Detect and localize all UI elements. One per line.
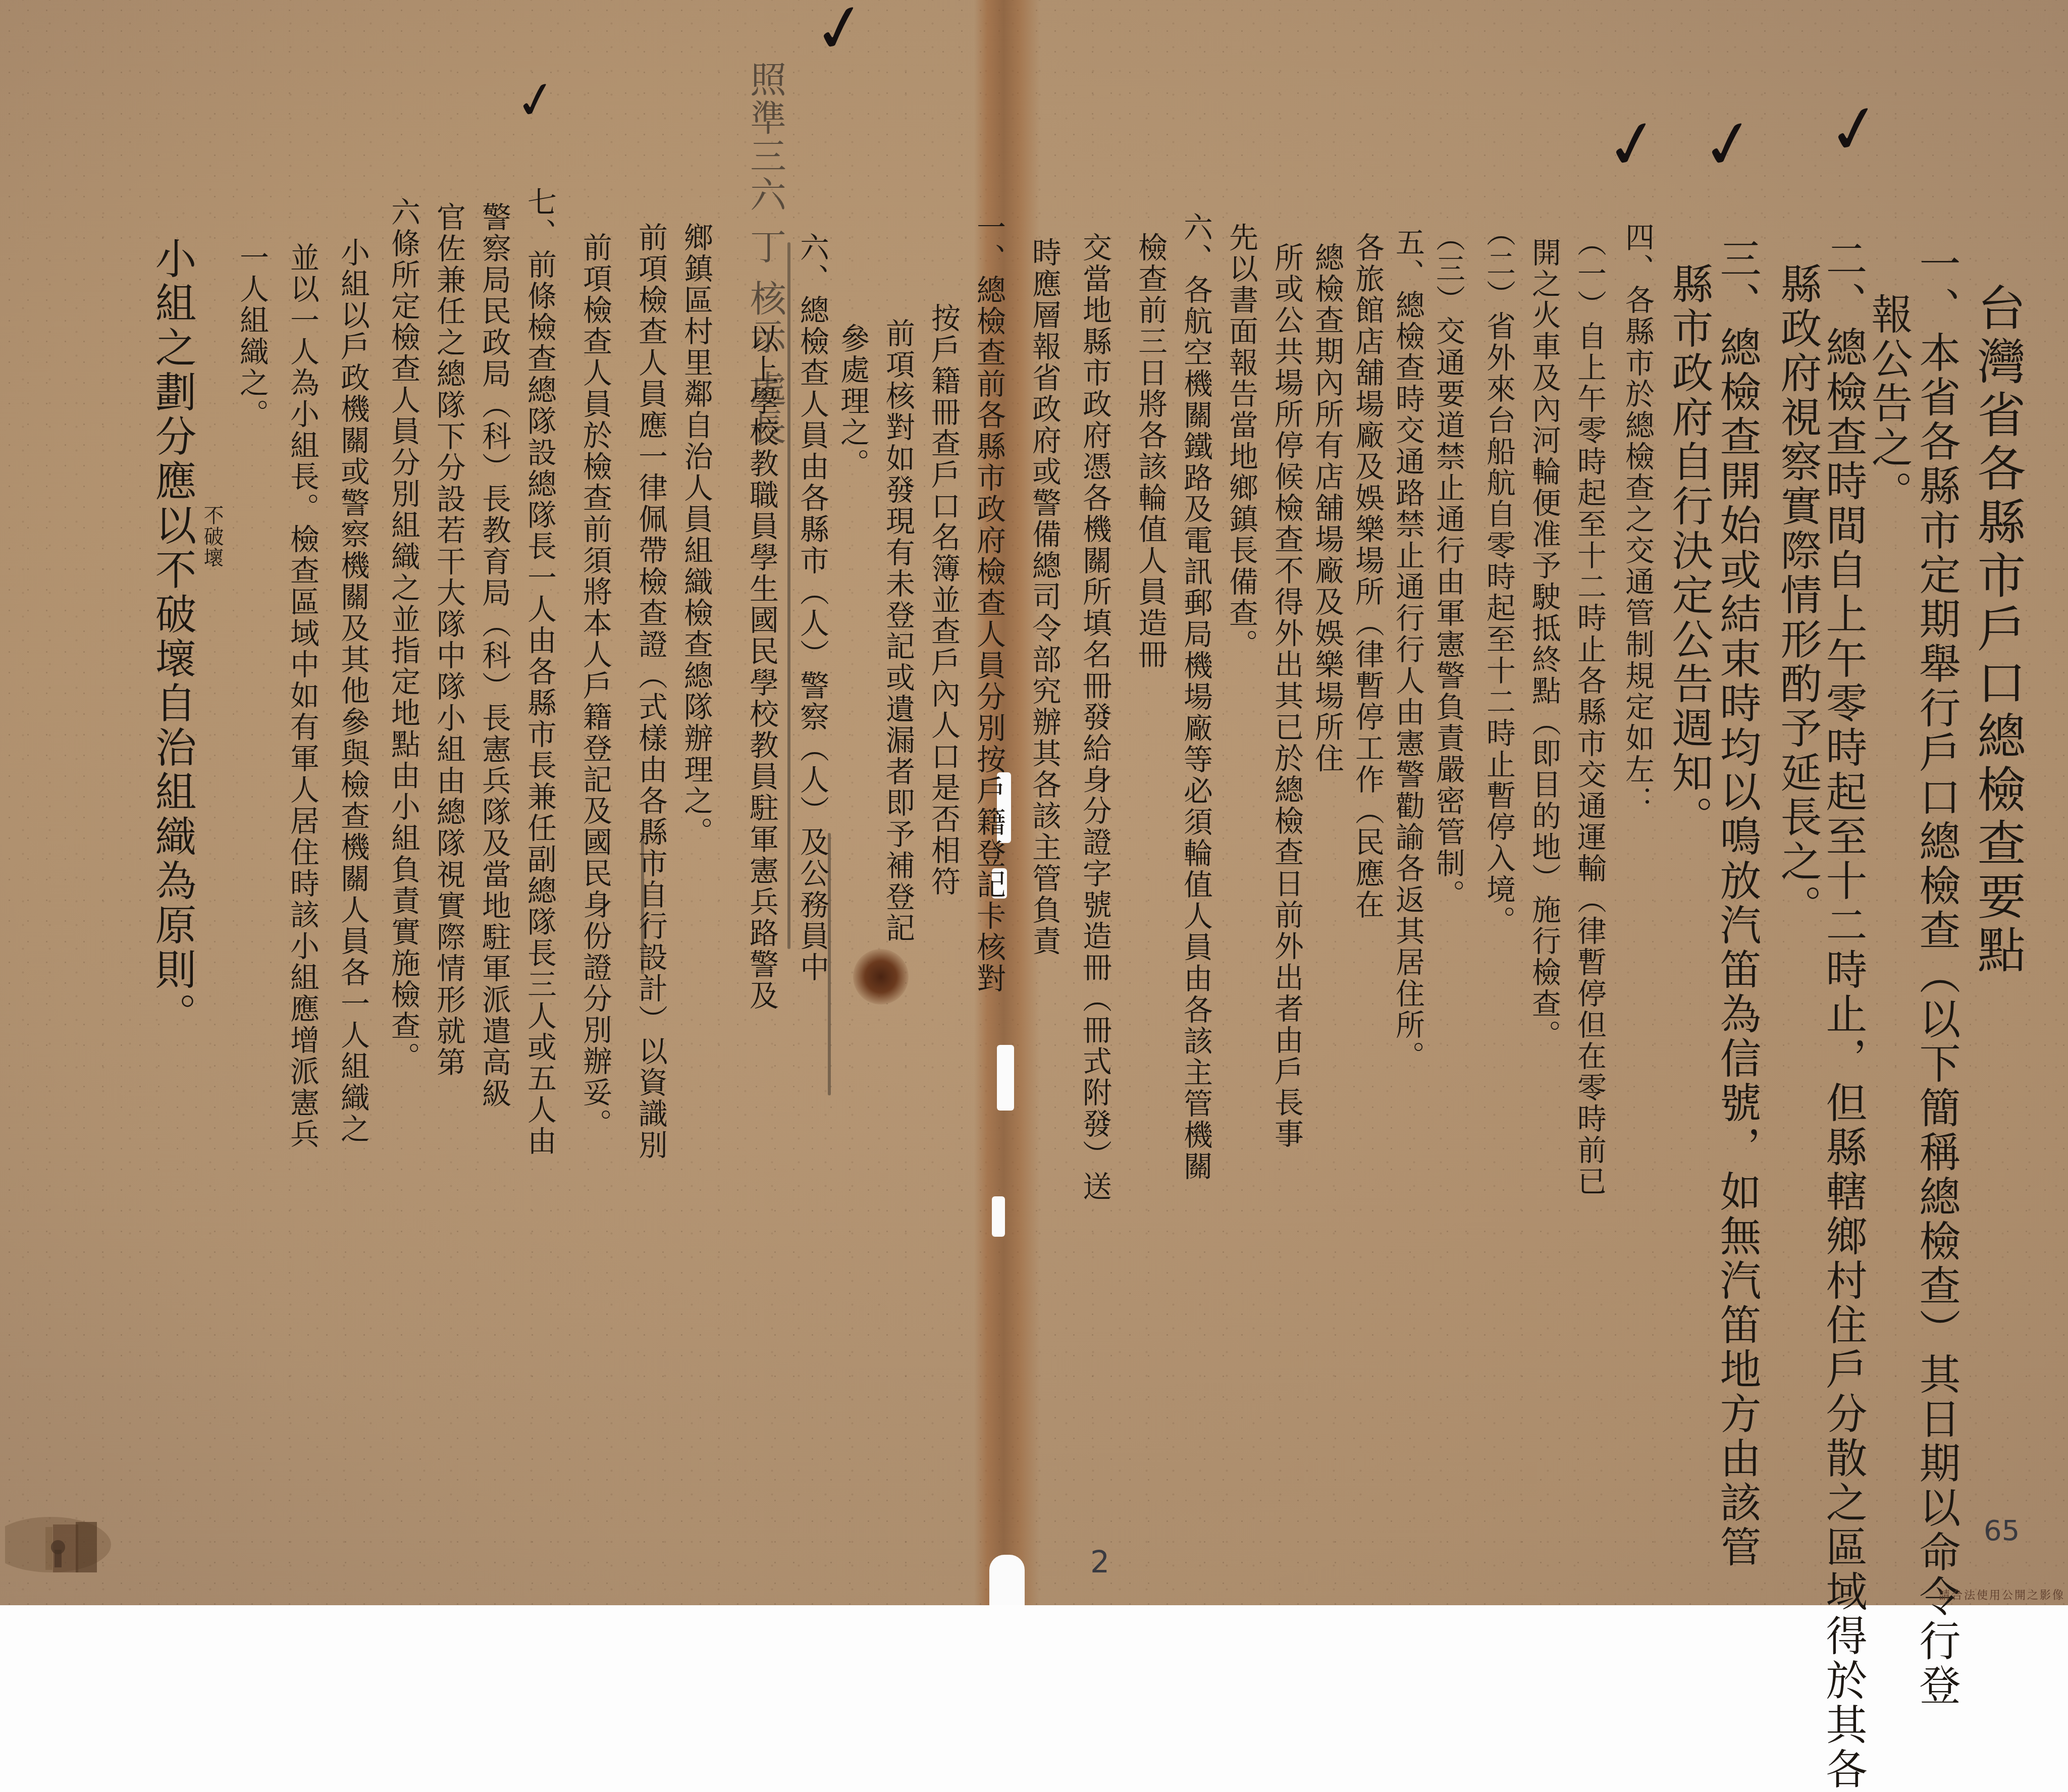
- text-column: 六、各航空機關鐵路及電訊郵局機場廠等必須輪值人員由各該主管機關: [1181, 212, 1210, 1182]
- document-title: 台灣省各縣市戶口總檢查要點: [1974, 283, 2022, 978]
- text-column: 前項檢查人員於檢查前須將本人戶籍登記及國民身份證分別辦妥。: [580, 232, 610, 1140]
- text-column: 六、總檢查人員由各縣市（人）警察（人）及公務員中: [798, 232, 827, 983]
- text-column: 前項核對如發現有未登記或遺漏者即予補登記: [883, 318, 913, 944]
- text-column: 前項檢查人員應一律佩帶檢查證（式樣由各縣市自行設計）以資識別: [636, 222, 665, 1161]
- scanned-document: ✓ ✓ ✓ ✓ ✓ 照準三六 丁 核示 處長 台灣省各縣市戶口總檢查要點 一、本…: [0, 0, 2068, 1605]
- text-column: 縣政府視察實際情形酌予延長之。: [1777, 262, 1818, 929]
- text-column: 三、總檢查開始或結束時均以鳴放汽笛為信號，如無汽笛地方由該管: [1716, 237, 1758, 1570]
- text-column: 官佐兼任之總隊下分設若干大隊中隊小組由總隊視實際情形就第: [434, 202, 463, 1078]
- text-column: 警察局民政局（科）長教育局（科）長憲兵隊及當地駐軍派遣高級: [480, 202, 509, 1110]
- text-column: 鄉鎮區村里鄰自治人員組織檢查總隊辦理之。: [681, 222, 711, 848]
- text-column: 參處理之。: [838, 323, 867, 480]
- text-column: 時應層報省政府或警備總司令部究辦其各該主管負責: [1030, 237, 1059, 957]
- check-mark-icon: ✓: [807, 0, 874, 71]
- text-column: 五、總檢查時交通路禁止通行行人由憲警勸諭各返其居住所。: [1393, 227, 1422, 1072]
- tear-bottom: [989, 1555, 1025, 1605]
- text-column: 二、總檢查時間自上午零時起至十二時止，但縣轄鄉村住戶分散之區域得於其各: [1822, 237, 1864, 1605]
- text-column: 縣市政府自行決定公告週知。: [1668, 262, 1710, 840]
- tear-hole: [992, 1196, 1005, 1237]
- check-mark-icon: ✓: [1821, 87, 1889, 172]
- text-column: 交當地縣市政府憑各機關所填名冊發給身分證字號造冊（冊式附發）送: [1080, 232, 1109, 1202]
- check-mark-icon: ✓: [1599, 102, 1667, 187]
- text-column: 小組以戶政機關或警察機關及其他參與檢查機關人員各一人組織之: [338, 237, 367, 1145]
- text-column: 一人組織之。: [237, 242, 267, 430]
- text-column: 七、前條檢查總隊設總隊長一人由各縣市長兼任副總隊長三人或五人由: [525, 187, 554, 1157]
- ruling-line: [787, 242, 790, 949]
- text-column: 六條所定檢查人員分別組織之並指定地點由小組負責實施檢查。: [389, 197, 418, 1073]
- interlinear-note: 不破壞: [202, 505, 222, 568]
- check-mark-icon: ✓: [1695, 102, 1763, 187]
- text-column: 按戶籍冊查戶口名簿並查戶內人口是否相符: [929, 303, 958, 898]
- text-column: （一）自上午零時起至十二時止各縣市交通運輸（律暫停但在零時前已: [1575, 227, 1604, 1197]
- text-column: 所或公共場所停候檢查不得外出其已於總檢查日前外出者由戶長事: [1272, 242, 1301, 1150]
- archive-book-keyhole-logo-icon: [5, 1504, 126, 1580]
- text-column: 先以書面報告當地鄉鎮長備查。: [1227, 222, 1256, 660]
- page-number-bottom: 2: [1090, 1545, 1109, 1580]
- text-column: 一、本省各縣市定期舉行戶口總檢查（以下簡稱總檢查）其日期以命令行登: [1916, 242, 1957, 1605]
- text-column: 檢查前三日將各該輪值人員造冊: [1136, 232, 1165, 670]
- text-column: 並以一人為小組長。檢查區域中如有軍人居住時該小組應增派憲兵: [288, 242, 317, 1150]
- text-column: （三）交通要道禁止通行由軍憲警負責嚴密管制。: [1434, 222, 1463, 911]
- text-column: 以上學校教職員學生國民學校教員駐軍憲兵路警及: [747, 323, 776, 1012]
- text-column: （二）省外來台船航自零時起至十二時止暫停入境。: [1484, 217, 1513, 937]
- text-column: 報公告之。: [1868, 293, 1909, 515]
- text-column: 小組之劃分應以不破壞自治組織為原則。: [151, 237, 193, 1037]
- check-mark-icon: ✓: [510, 68, 562, 133]
- text-column: 各旅館店舖場廠及娛樂場所（律暫停工作（民應在: [1353, 232, 1382, 921]
- usage-watermark: 請合法使用公開之影像: [1939, 1587, 2065, 1602]
- burn-stain: [853, 949, 909, 1005]
- tear-hole: [997, 1045, 1014, 1111]
- text-column: 四、各縣市於總檢查之交通管制規定如左：: [1623, 222, 1652, 817]
- text-column: 總檢查期內所有店舖場廠及娛樂場所住: [1312, 242, 1342, 774]
- text-column: 一、總檢查前各縣市政府檢查人員分別按戶籍登記卡核對: [974, 212, 1003, 994]
- text-column: 開之火車及內河輪便准予駛抵終點（即目的地）施行檢查。: [1529, 237, 1559, 1051]
- page-number-corner: 65: [1984, 1514, 2020, 1547]
